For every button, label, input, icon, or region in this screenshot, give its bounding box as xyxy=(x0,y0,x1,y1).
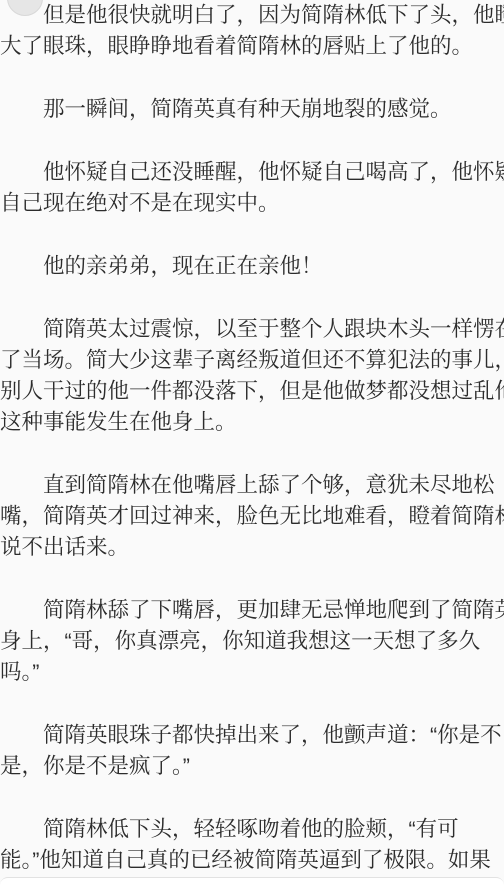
text-line: 自己现在绝对不是在现实中。 xyxy=(0,188,504,219)
text-line: 能。”他知道自己真的已经被简隋英逼到了极限。如果 xyxy=(0,845,504,876)
paragraph: 简隋林低下头，轻轻啄吻着他的脸颊，“有可 能。”他知道自己真的已经被简隋英逼到了… xyxy=(0,814,504,876)
text-line: 简隋英眼珠子都快掉出来了，他颤声道：“你是不 xyxy=(0,720,504,751)
paragraph: 但是他很快就明白了，因为简隋林低下了头，他瞪 大了眼珠，眼睁睁地看着简隋林的唇贴… xyxy=(0,0,504,62)
paragraph: 他怀疑自己还没睡醒，他怀疑自己喝高了，他怀疑 自己现在绝对不是在现实中。 xyxy=(0,157,504,219)
text-line: 吗。” xyxy=(0,657,504,688)
text-line: 大了眼珠，眼睁睁地看着简隋林的唇贴上了他的。 xyxy=(0,31,504,62)
text-line: 直到简隋林在他嘴唇上舔了个够，意犹未尽地松 xyxy=(0,470,504,501)
text-line: 他的亲弟弟，现在正在亲他！ xyxy=(0,251,504,282)
reading-area[interactable]: 但是他很快就明白了，因为简隋林低下了头，他瞪 大了眼珠，眼睁睁地看着简隋林的唇贴… xyxy=(0,0,504,876)
text-line: 但是他很快就明白了，因为简隋林低下了头，他瞪 xyxy=(0,0,504,31)
paragraph: 简隋林舔了下嘴唇，更加肆无忌惮地爬到了简隋英 身上，“哥，你真漂亮，你知道我想这… xyxy=(0,595,504,688)
bottom-panel xyxy=(0,877,504,885)
text-line: 那一瞬间，简隋英真有种天崩地裂的感觉。 xyxy=(0,94,504,125)
paragraph: 他的亲弟弟，现在正在亲他！ xyxy=(0,251,504,282)
text-line: 是，你是不是疯了。” xyxy=(0,751,504,782)
text-line: 简隋林舔了下嘴唇，更加肆无忌惮地爬到了简隋英 xyxy=(0,595,504,626)
text-line: 了当场。简大少这辈子离经叛道但还不算犯法的事儿， xyxy=(0,345,504,376)
text-line: 他怀疑自己还没睡醒，他怀疑自己喝高了，他怀疑 xyxy=(0,157,504,188)
text-line: 说不出话来。 xyxy=(0,532,504,563)
text-line: 别人干过的他一件都没落下，但是他做梦都没想过乱伦 xyxy=(0,376,504,407)
text-line: 身上，“哥，你真漂亮，你知道我想这一天想了多久 xyxy=(0,626,504,657)
paragraph: 那一瞬间，简隋英真有种天崩地裂的感觉。 xyxy=(0,94,504,125)
paragraph: 直到简隋林在他嘴唇上舔了个够，意犹未尽地松 嘴，简隋英才回过神来，脸色无比地难看… xyxy=(0,470,504,563)
text-line: 简隋林低下头，轻轻啄吻着他的脸颊，“有可 xyxy=(0,814,504,845)
paragraph: 简隋英太过震惊，以至于整个人跟块木头一样愣在 了当场。简大少这辈子离经叛道但还不… xyxy=(0,314,504,438)
text-line: 简隋英太过震惊，以至于整个人跟块木头一样愣在 xyxy=(0,314,504,345)
paragraph: 简隋英眼珠子都快掉出来了，他颤声道：“你是不 是，你是不是疯了。” xyxy=(0,720,504,782)
text-line: 这种事能发生在他身上。 xyxy=(0,407,504,438)
text-line: 嘴，简隋英才回过神来，脸色无比地难看，瞪着简隋林 xyxy=(0,501,504,532)
